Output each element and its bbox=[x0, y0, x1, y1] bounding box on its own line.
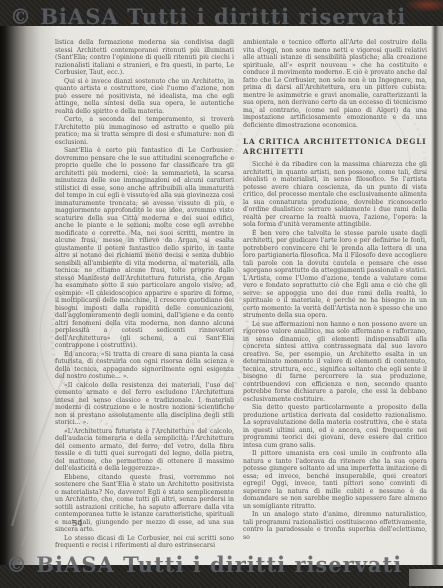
watermark-top: © BiASA Tutti i diritti riservati bbox=[10, 4, 406, 29]
left-column: listica della formazione moderna sia con… bbox=[55, 39, 234, 551]
scan-bottom-right-patch bbox=[409, 569, 443, 586]
section-heading: LA CRITICA ARCHITETTONICA DEGLI ARCHITET… bbox=[243, 137, 427, 156]
paragraph: ambientale e tecnico offerto all'Arte de… bbox=[243, 39, 427, 129]
paragraph: Lo stesso dicasi di Le Corbusier, nei cu… bbox=[55, 535, 234, 550]
paragraph: «Il calcolo della resistenza dei materia… bbox=[55, 382, 234, 427]
paragraph: Qui si è invece dianzi sostenuto che un … bbox=[55, 78, 234, 116]
paragraph: È ben vero che talvolta le stesse parole… bbox=[243, 230, 427, 320]
text-columns: listica della formazione moderna sia con… bbox=[55, 39, 427, 551]
paragraph: Sant'Elia è certo più fantastico di Le C… bbox=[55, 147, 234, 350]
paragraph: Il pittore umanista era così umile in co… bbox=[243, 450, 427, 510]
watermark-bottom: © BiASA Tutti i diritti riservati bbox=[6, 552, 402, 577]
paragraph: «L'Architettura futurista è l'Architettu… bbox=[55, 428, 234, 473]
right-column: ambientale e tecnico offerto all'Arte de… bbox=[243, 39, 427, 551]
scanned-page: © BiASA Tutti i diritti riservati listic… bbox=[0, 0, 443, 588]
paragraph: Sicché è da ribadire con la massima chia… bbox=[243, 161, 427, 229]
page-right-edge-shadow bbox=[431, 26, 443, 567]
scan-corner-smudge bbox=[405, 0, 443, 12]
paragraph: Le sue affermazioni non hanno e non poss… bbox=[243, 321, 427, 404]
paragraph: listica della formazione moderna sia con… bbox=[55, 39, 234, 77]
paragraph: In un analogo stato d'animo, diremmo nat… bbox=[243, 511, 427, 541]
paragraph: Ed ancora: «Si tratta di creare di sana … bbox=[55, 351, 234, 381]
paragraph: Certo, a seconda del temperamento, si tr… bbox=[55, 116, 234, 146]
paragraph: Sia detto questo particolarmente a propo… bbox=[243, 404, 427, 449]
page-number: 54 bbox=[72, 519, 83, 529]
